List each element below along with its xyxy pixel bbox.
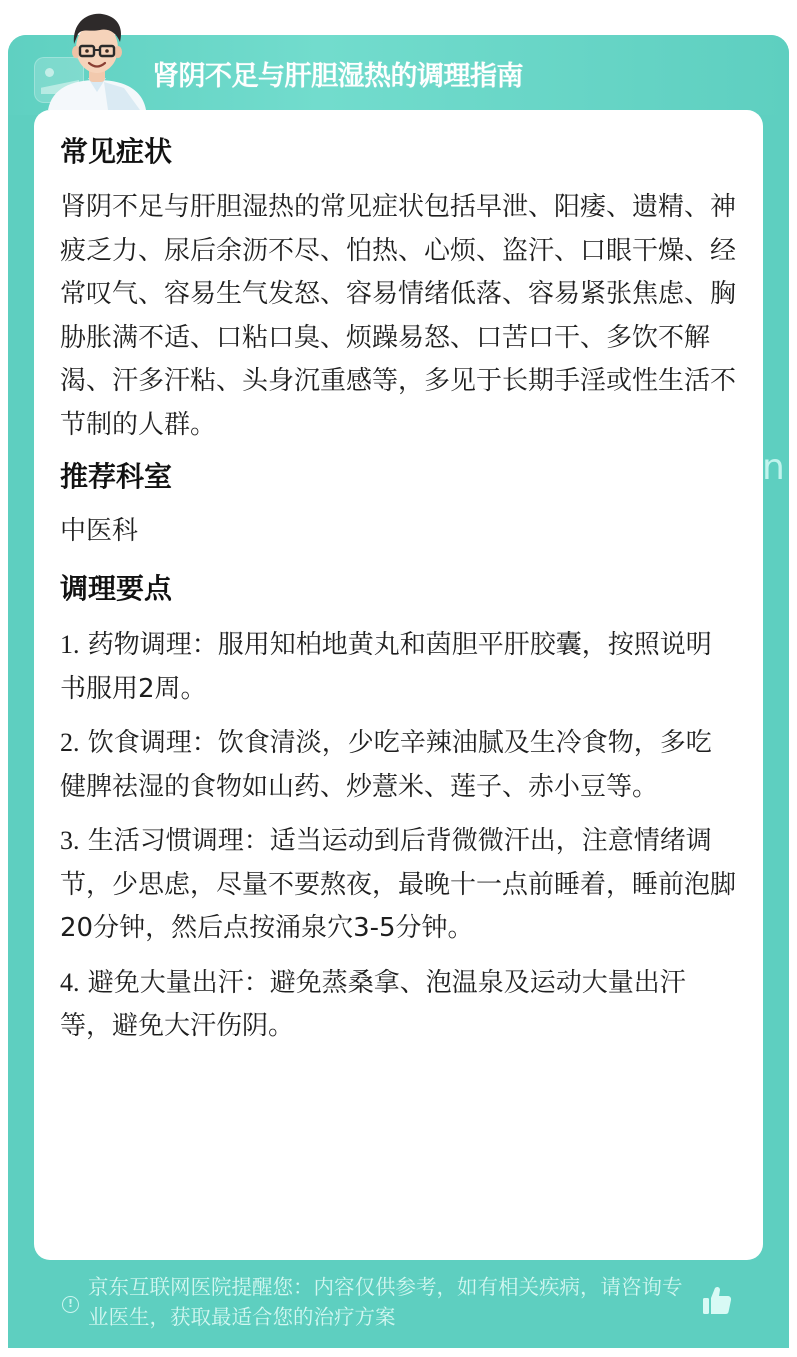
tip-label: 避免大量出汗 [88,968,244,998]
symptoms-section: 常见症状 肾阴不足与肝胆湿热的常见症状包括早泄、阳痿、遗精、神疲乏力、尿后余沥不… [60,132,737,447]
tip-item-3: 3. 生活习惯调理：适当运动到后背微微汗出，注意情绪调节，少思虑，尽量不要熬夜，… [60,819,737,951]
tip-item-2: 2. 饮食调理：饮食清淡，少吃辛辣油腻及生冷食物，多吃健脾祛湿的食物如山药、炒薏… [60,721,737,809]
disclaimer-footer: ! 京东互联网医院提醒您：内容仅供参考，如有相关疾病，请咨询专业医生，获取最适合… [34,1268,763,1338]
tip-number: 4. [60,968,80,997]
tip-label: 生活习惯调理 [88,826,244,856]
department-title: 推荐科室 [60,457,737,497]
info-icon: ! [62,1296,79,1313]
watermark: n [762,447,785,488]
department-value: 中医科 [60,511,737,551]
content-card: 常见症状 肾阴不足与肝胆湿热的常见症状包括早泄、阳痿、遗精、神疲乏力、尿后余沥不… [34,110,763,1260]
tip-item-4: 4. 避免大量出汗：避免蒸桑拿、泡温泉及运动大量出汗等，避免大汗伤阴。 [60,961,737,1049]
tip-number: 2. [60,728,80,757]
doctor-avatar [44,10,150,110]
symptoms-title: 常见症状 [60,132,737,172]
thumbs-up-icon[interactable] [700,1284,734,1318]
tip-number: 3. [60,826,80,855]
page-title: 肾阴不足与肝胆湿热的调理指南 [152,54,523,93]
tip-label: 药物调理 [88,630,192,660]
symptoms-body: 肾阴不足与肝胆湿热的常见症状包括早泄、阳痿、遗精、神疲乏力、尿后余沥不尽、怕热、… [60,186,737,447]
disclaimer-text: 京东互联网医院提醒您：内容仅供参考，如有相关疾病，请咨询专业医生，获取最适合您的… [88,1272,688,1332]
tips-section: 调理要点 1. 药物调理：服用知柏地黄丸和茵胆平肝胶囊，按照说明书服用2周。 2… [60,569,737,1049]
tip-number: 1. [60,630,80,659]
tip-label: 饮食调理 [88,728,192,758]
tip-item-1: 1. 药物调理：服用知柏地黄丸和茵胆平肝胶囊，按照说明书服用2周。 [60,623,737,711]
tips-title: 调理要点 [60,569,737,609]
department-section: 推荐科室 中医科 [60,457,737,551]
